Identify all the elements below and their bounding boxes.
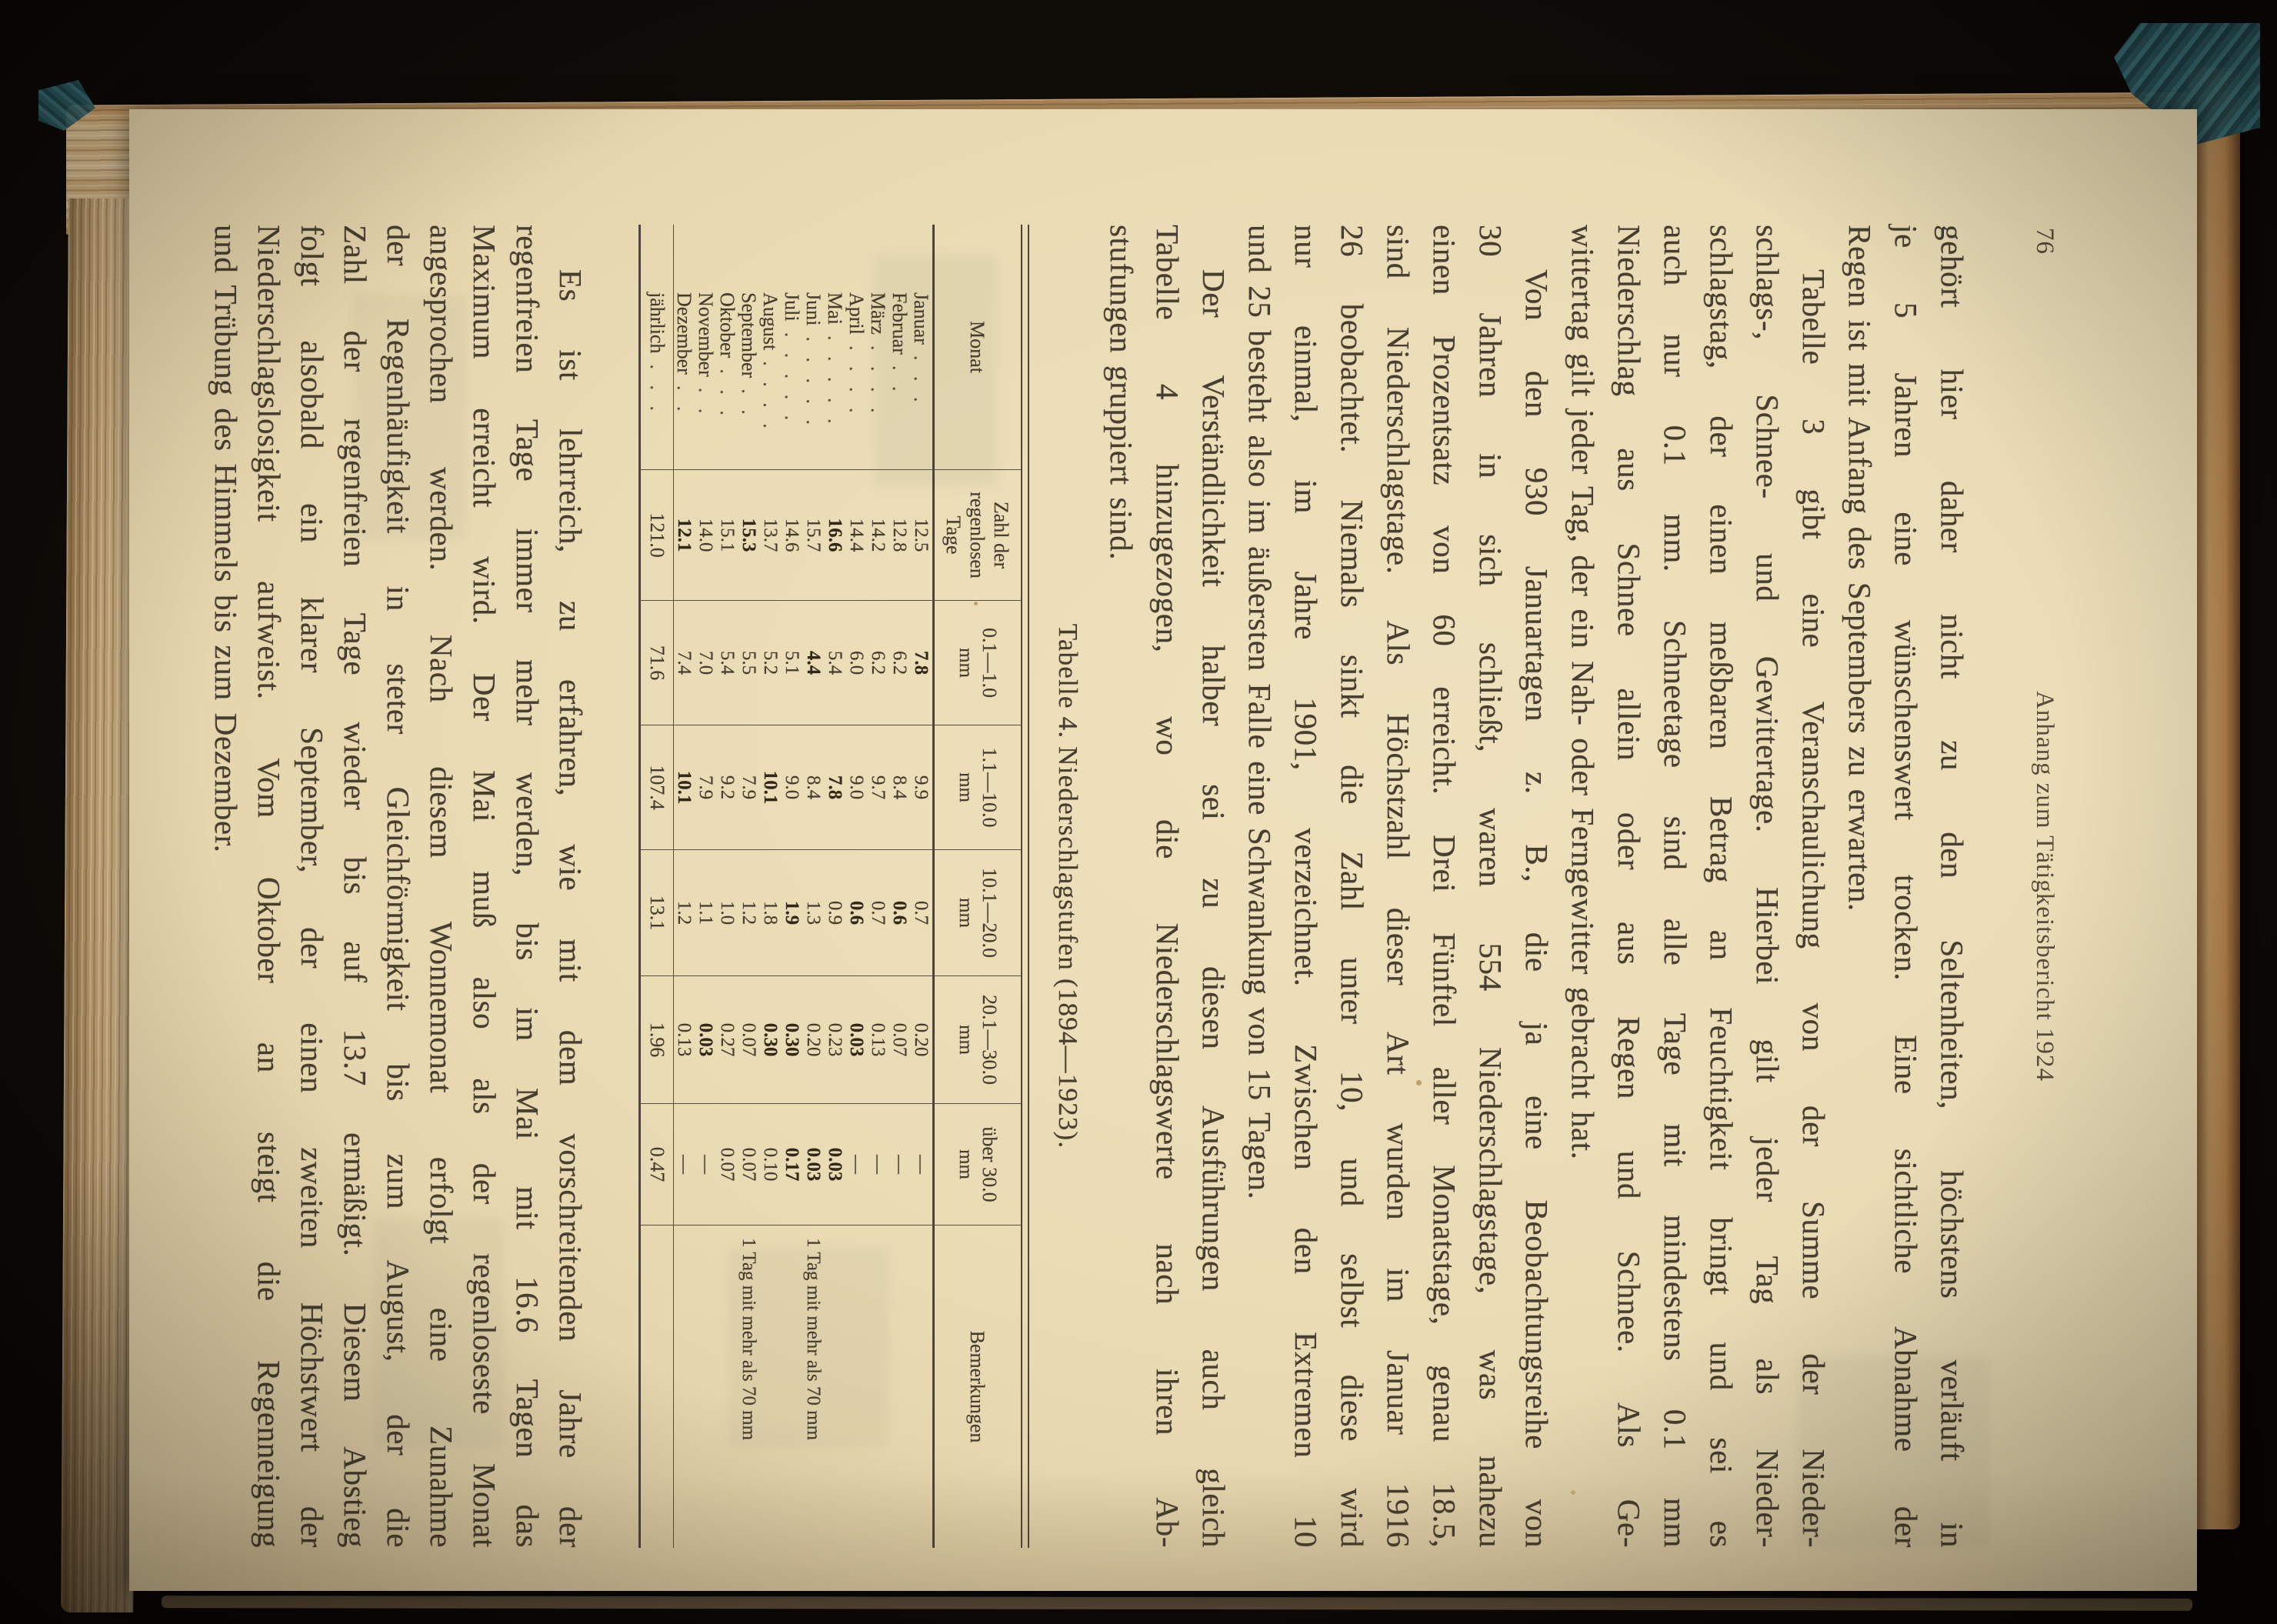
table-row: August. . . .13.75.210.11.80.300.10 [760, 225, 782, 1548]
value-cell: 10.1 [672, 725, 695, 849]
value-cell: 0.27 [715, 975, 738, 1103]
remark-cell [672, 1225, 695, 1548]
value-cell: 71.6 [641, 600, 673, 725]
month-label: jährlich. . . [641, 225, 673, 469]
header-line: Zahl der [990, 502, 1014, 569]
table-row: Oktober. . .15.15.49.21.00.270.07 [717, 225, 738, 1548]
rotated-page-area: 76 Anhang zum Tätigkeitsbericht 1924 geh… [129, 109, 2197, 1591]
month-name: Juli [780, 292, 803, 322]
value-cell: 0.9 [823, 849, 846, 975]
column-header-range: 20.1—30.0mm [935, 975, 1021, 1103]
value-cell: 0.03 [823, 1103, 846, 1225]
value-cell: 14.4 [845, 469, 868, 600]
value-cell: 12.1 [672, 469, 695, 600]
precipitation-table: MonatZahl derregenlosenTage0.1—1.0mm1.1—… [638, 225, 1029, 1548]
range-label: 10.1—20.0 [978, 868, 1002, 958]
body-line: Tabelle 4 hinzugezogen, wo die Niedersch… [1145, 225, 1191, 1548]
body-line: Niederschlagslosigkeit aufweist. Vom Okt… [248, 225, 291, 1548]
body-line: regenfreien Tage immer mehr werden, bis … [506, 225, 549, 1548]
table-row: Dezember. .12.17.410.11.20.13— [674, 225, 695, 1548]
dot-leader: . . . . [758, 361, 782, 434]
body-line: Von den 930 Januartagen z. B., die ja ei… [1514, 225, 1560, 1548]
month-label: Oktober. . . [715, 225, 738, 469]
column-header-monat: Monat [935, 225, 1021, 469]
month-name: jährlich [645, 292, 668, 353]
table-row: Mai. . . . .16.65.47.80.90.230.03 [825, 225, 846, 1548]
month-label: Februar. . [888, 225, 911, 469]
value-cell: 8.4 [802, 725, 825, 849]
body-line: je 5 Jahren eine wünschenswert trocken. … [1883, 225, 1929, 1548]
value-cell: 14.6 [780, 469, 803, 600]
value-cell: 0.6 [845, 849, 868, 975]
remark-cell [694, 1225, 717, 1548]
value-cell: 7.4 [672, 600, 695, 725]
value-cell: 13.7 [758, 469, 782, 600]
unit-label: mm [954, 772, 978, 802]
body-line: und Trübung des Himmels bis zum Dezember… [205, 225, 248, 1548]
value-cell: 1.96 [641, 975, 673, 1103]
month-name: September [737, 292, 760, 378]
month-label: Juni. . . . . [802, 225, 825, 469]
value-cell: — [866, 1103, 889, 1225]
unit-label: mm [954, 898, 978, 928]
body-line: Tabelle 3 gibt eine Veranschaulichung vo… [1791, 225, 1837, 1548]
value-cell: 1.2 [672, 849, 695, 975]
value-cell: 14.2 [866, 469, 889, 600]
month-label: September. . [737, 225, 760, 469]
value-cell: 9.0 [780, 725, 803, 849]
month-name: August [758, 292, 782, 350]
value-cell: 0.10 [758, 1103, 782, 1225]
value-cell: 1.0 [715, 849, 738, 975]
value-cell: — [888, 1103, 911, 1225]
dot-leader: . . . . [845, 345, 868, 419]
header-line: regenlosen [966, 492, 990, 579]
value-cell: 121.0 [641, 469, 673, 600]
dot-leader: . . [737, 388, 760, 420]
value-cell: 1.1 [694, 849, 717, 975]
value-cell: 107.4 [641, 725, 673, 849]
month-label: Dezember. . [672, 225, 695, 469]
range-label: über 30.0 [978, 1126, 1002, 1202]
table-row: Juni. . . . .15.74.48.41.30.200.031 Tag … [803, 225, 825, 1548]
dot-leader: . . [672, 385, 695, 417]
value-cell: 0.07 [737, 1103, 760, 1225]
value-cell: 5.4 [715, 600, 738, 725]
month-label: Januar. . . [909, 225, 932, 469]
remark-cell [888, 1225, 911, 1548]
value-cell: 0.13 [866, 975, 889, 1103]
remark-cell: 1 Tag mit mehr als 70 mm [737, 1225, 760, 1548]
value-cell: 0.17 [780, 1103, 803, 1225]
dot-leader: . . [888, 365, 911, 397]
value-cell: — [909, 1103, 932, 1225]
value-cell: 7.8 [909, 600, 932, 725]
value-cell: 0.03 [694, 975, 717, 1103]
remark-cell [780, 1225, 803, 1548]
table-title: Tabelle 4. Niederschlagstufen (1894—1923… [1052, 225, 1083, 1548]
value-cell: 7.0 [694, 600, 717, 725]
body-line: der Regenhäufigkeit in steter Gleichförm… [377, 225, 420, 1548]
dot-leader: . . . [715, 368, 738, 421]
value-cell: 6.0 [845, 600, 868, 725]
value-cell: — [845, 1103, 868, 1225]
remark-cell [758, 1225, 782, 1548]
page-header: 76 Anhang zum Tätigkeitsbericht 1924 [2020, 225, 2059, 1548]
body-line: angesprochen werden. Nach diesem Wonnemo… [420, 225, 463, 1548]
value-cell: 0.07 [715, 1103, 738, 1225]
value-cell: 9.0 [845, 725, 868, 849]
month-name: Dezember [672, 292, 695, 375]
body-line: nur einmal, im Jahre 1901, verzeichnet. … [1283, 225, 1329, 1548]
unit-label: mm [954, 648, 978, 678]
value-cell: — [672, 1103, 695, 1225]
value-cell: 0.13 [672, 975, 695, 1103]
body-paragraphs: gehört hier daher nicht zu den Seltenhei… [1098, 225, 1975, 1548]
body-line: sind Niederschlagstage. Als Höchstzahl d… [1375, 225, 1422, 1548]
month-label: November. . [694, 225, 717, 469]
header-line: Tage [942, 515, 966, 554]
month-name: April [845, 292, 868, 335]
value-cell: 7.9 [694, 725, 717, 849]
value-cell: 0.03 [845, 975, 868, 1103]
column-header-regenlose-tage: Zahl derregenlosenTage [935, 469, 1021, 600]
value-cell: 7.8 [823, 725, 846, 849]
value-cell: 12.8 [888, 469, 911, 600]
remark-cell [823, 1225, 846, 1548]
body-line: Regen ist mit Anfang des Septembers zu e… [1837, 225, 1883, 1548]
value-cell: 15.7 [802, 469, 825, 600]
month-name: Mai [823, 292, 846, 325]
value-cell: 1.9 [780, 849, 803, 975]
month-name: Januar [909, 292, 932, 345]
value-cell: — [694, 1103, 717, 1225]
table-header-row: MonatZahl derregenlosenTage0.1—1.0mm1.1—… [932, 225, 1021, 1548]
table-row: März. . . .14.26.29.70.70.13— [868, 225, 889, 1548]
remark-cell: 1 Tag mit mehr als 70 mm [802, 1225, 825, 1548]
value-cell: 5.1 [780, 600, 803, 725]
table-row: Januar. . .12.57.89.90.70.20— [911, 225, 932, 1548]
table-row: November. .14.07.07.91.10.03— [695, 225, 717, 1548]
column-header-range: 10.1—20.0mm [935, 849, 1021, 975]
value-cell: 15.3 [737, 469, 760, 600]
value-cell: 0.30 [780, 975, 803, 1103]
remark-cell [641, 1225, 673, 1548]
value-cell: 7.9 [737, 725, 760, 849]
unit-label: mm [954, 1149, 978, 1179]
body-line: Der Verständlichkeit halber sei zu diese… [1191, 225, 1237, 1548]
month-name: Juni [802, 292, 825, 325]
body-line: Maximum erreicht wird. Der Mai muß also … [463, 225, 506, 1548]
body-line: 30 Jahren in sich schließt, waren 554 Ni… [1468, 225, 1514, 1548]
value-cell: 0.47 [641, 1103, 673, 1225]
dot-leader: . . . [909, 355, 932, 408]
dot-leader: . . . . . [823, 335, 846, 429]
body-line: Zahl der regenfreien Tage wieder bis auf… [334, 225, 377, 1548]
body-line: und 25 besteht also im äußersten Falle e… [1237, 225, 1283, 1548]
remark-cell [845, 1225, 868, 1548]
dot-leader: . . . . . [780, 332, 803, 426]
value-cell: 9.9 [909, 725, 932, 849]
value-cell: 0.7 [866, 849, 889, 975]
month-name: Februar [888, 292, 911, 355]
value-cell: 5.2 [758, 600, 782, 725]
scanned-book-photo: 76 Anhang zum Tätigkeitsbericht 1924 geh… [0, 0, 2277, 1624]
dot-leader: . . . . . [802, 336, 825, 430]
value-cell: 9.2 [715, 725, 738, 849]
underlying-page-edge [162, 1596, 2192, 1611]
value-cell: 1.8 [758, 849, 782, 975]
column-header-range: über 30.0mm [935, 1103, 1021, 1225]
month-name: Oktober [715, 292, 738, 358]
value-cell: 9.7 [866, 725, 889, 849]
body-line: Es ist lehrreich, zu erfahren, wie mit d… [549, 225, 592, 1548]
running-header: Anhang zum Tätigkeitsbericht 1924 [2030, 225, 2059, 1548]
column-header-bemerkungen: Bemerkungen [935, 1225, 1021, 1548]
value-cell: 0.6 [888, 849, 911, 975]
value-cell: 0.07 [737, 975, 760, 1103]
value-cell: 6.2 [888, 600, 911, 725]
body-line: einen Prozentsatz von 60 erreicht. Drei … [1422, 225, 1468, 1548]
body-line: stufungen gruppiert sind. [1098, 225, 1145, 1548]
month-label: Mai. . . . . [823, 225, 846, 469]
value-cell: 10.1 [758, 725, 782, 849]
remark-cell [866, 1225, 889, 1548]
value-cell: 0.23 [823, 975, 846, 1103]
table-row: Juli. . . . .14.65.19.01.90.300.17 [782, 225, 803, 1548]
value-cell: 0.07 [888, 975, 911, 1103]
range-label: 20.1—30.0 [978, 995, 1002, 1085]
value-cell: 6.2 [866, 600, 889, 725]
value-cell: 0.30 [758, 975, 782, 1103]
body-line: schlags-, Schnee- und Gewittertage. Hier… [1745, 225, 1791, 1548]
table-body: Januar. . .12.57.89.90.70.20—Februar. .1… [674, 225, 932, 1548]
value-cell: 8.4 [888, 725, 911, 849]
table-top-rule [1021, 225, 1029, 1548]
value-cell: 1.3 [802, 849, 825, 975]
body-line: schlagstag, der einen meßbaren Betrag an… [1699, 225, 1745, 1548]
month-label: Juli. . . . . [780, 225, 803, 469]
month-label: August. . . . [758, 225, 782, 469]
value-cell: 14.0 [694, 469, 717, 600]
table-row: September. .15.35.57.91.20.070.071 Tag m… [738, 225, 760, 1548]
range-label: 0.1—1.0 [978, 628, 1002, 698]
month-label: März. . . . [866, 225, 889, 469]
month-label: April. . . . [845, 225, 868, 469]
value-cell: 0.03 [802, 1103, 825, 1225]
body-line: 26 beobachtet. Niemals sinkt die Zahl un… [1329, 225, 1375, 1548]
body-line: gehört hier daher nicht zu den Seltenhei… [1929, 225, 1975, 1548]
column-header-range: 1.1—10.0mm [935, 725, 1021, 849]
value-cell: 4.4 [802, 600, 825, 725]
book-page: 76 Anhang zum Tätigkeitsbericht 1924 geh… [129, 109, 2197, 1591]
table-row: Februar. .12.86.28.40.60.07— [889, 225, 911, 1548]
value-cell: 16.6 [823, 469, 846, 600]
range-label: 1.1—10.0 [978, 748, 1002, 828]
body-line: auch nur 0.1 mm. Schneetage sind alle Ta… [1652, 225, 1699, 1548]
dot-leader: . . [694, 388, 717, 419]
value-cell: 12.5 [909, 469, 932, 600]
dot-leader: . . . [645, 364, 668, 416]
month-name: März [866, 292, 889, 335]
table-row: April. . . .14.46.09.00.60.03— [846, 225, 868, 1548]
month-name: November [694, 292, 717, 377]
page-content: 76 Anhang zum Tätigkeitsbericht 1924 geh… [129, 225, 2197, 1548]
value-cell: 15.1 [715, 469, 738, 600]
value-cell: 1.2 [737, 849, 760, 975]
value-cell: 0.20 [802, 975, 825, 1103]
body-line: wittertag gilt jeder Tag, der ein Nah- o… [1560, 225, 1606, 1548]
dot-leader: . . . . [866, 345, 889, 419]
unit-label: mm [954, 1025, 978, 1055]
body-line: folgt alsobald ein klarer September, der… [291, 225, 334, 1548]
remark-cell [909, 1225, 932, 1548]
value-cell: 0.7 [909, 849, 932, 975]
value-cell: 5.4 [823, 600, 846, 725]
body-line: Niederschlag aus Schnee allein oder aus … [1606, 225, 1652, 1548]
value-cell: 0.20 [909, 975, 932, 1103]
column-header-range: 0.1—1.0mm [935, 600, 1021, 725]
closing-paragraph: Es ist lehrreich, zu erfahren, wie mit d… [205, 225, 592, 1548]
value-cell: 13.1 [641, 849, 673, 975]
remark-cell [715, 1225, 738, 1548]
value-cell: 5.5 [737, 600, 760, 725]
table-totals-row: jährlich. . .121.071.6107.413.11.960.47 [641, 225, 673, 1548]
